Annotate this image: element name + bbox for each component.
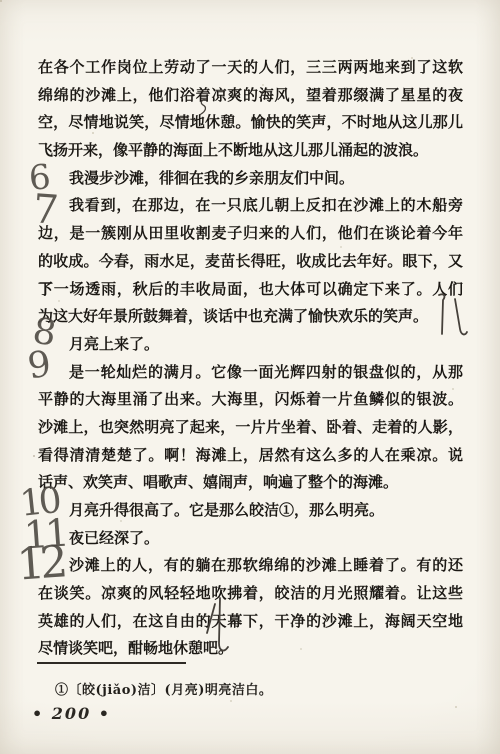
text-line: 了一场透雨，秋后的丰收局面，也大体可以确定下来了。人们 bbox=[38, 276, 463, 304]
text-line: 英雄的人们，在这自由的天幕下，干净的沙滩上，海阔天空地 bbox=[38, 608, 463, 636]
text-line: 绵绵的沙滩上，他们浴着凉爽的海风，望着那缀满了星星的夜 bbox=[38, 82, 463, 110]
text-line: 在各个工作岗位上劳动了一天的人们，三三两两地来到了这软 bbox=[38, 54, 463, 82]
text-line: 看得清清楚楚了。啊！海滩上，居然有这么多的人在乘凉。说 bbox=[38, 442, 463, 470]
text-line: 话声、欢笑声、唱歌声、嬉闹声，响遍了整个的海滩。 bbox=[38, 469, 463, 497]
text-line: 月亮升得很高了。它是那么皎洁①，那么明亮。 bbox=[38, 497, 463, 525]
scanned-page: 在各个工作岗位上劳动了一天的人们，三三两两地来到了这软绵绵的沙滩上，他们浴着凉爽… bbox=[0, 0, 500, 754]
text-line: 在谈笑。凉爽的风轻轻地吹拂着，皎洁的月光照耀着。让这些 bbox=[38, 580, 463, 608]
footnote: ①〔皎(jiǎo)洁〕(月亮)明亮洁白。 bbox=[55, 679, 272, 698]
handwritten-paragraph-number-9: 9 bbox=[26, 347, 54, 386]
text-line: 是一轮灿烂的满月。它像一面光辉四射的银盘似的，从那 bbox=[38, 359, 463, 387]
handwritten-tick-marks-icon bbox=[433, 291, 469, 341]
text-line: 平静的大海里涌了出来。大海里，闪烁着一片鱼鳞似的银波。 bbox=[38, 386, 463, 414]
handwritten-paragraph-number-12: 12 bbox=[16, 540, 65, 587]
text-line: 我漫步沙滩，徘徊在我的乡亲朋友们中间。 bbox=[38, 165, 463, 193]
text-line: 为这大好年景所鼓舞着，谈话中也充满了愉快欢乐的笑声。 bbox=[38, 303, 463, 331]
text-line: 沙滩上，也突然明亮了起来，一片片坐着、卧着、走着的人影， bbox=[38, 414, 463, 442]
text-line: 沙滩上的人，有的躺在那软绵绵的沙滩上睡着了。有的还 bbox=[38, 552, 463, 580]
handwritten-end-mark-icon bbox=[202, 596, 230, 658]
text-line: 我看到，在那边，在一只底儿朝上反扣在沙滩上的木船旁 bbox=[38, 192, 463, 220]
handwritten-squiggle-icon bbox=[198, 98, 210, 116]
text-line: 夜已经深了。 bbox=[38, 525, 463, 553]
text-line: 的收成。今春，雨水足，麦苗长得旺，收成比去年好。眼下，又下 bbox=[38, 248, 463, 276]
handwritten-paragraph-number-7: 7 bbox=[32, 189, 60, 231]
page-number: • 200 • bbox=[32, 704, 111, 723]
text-line: 月亮上来了。 bbox=[38, 331, 463, 359]
paper-specks bbox=[0, 0, 2, 2]
footnote-divider bbox=[37, 662, 186, 664]
text-line: 空，尽情地说笑，尽情地休憩。愉快的笑声，不时地从这儿那儿 bbox=[38, 109, 463, 137]
page-text: 在各个工作岗位上劳动了一天的人们，三三两两地来到了这软绵绵的沙滩上，他们浴着凉爽… bbox=[38, 54, 463, 663]
text-line: 尽情谈笑吧，酣畅地休憩吧。 bbox=[38, 635, 463, 663]
text-line: 边，是一簇刚从田里收割麦子归来的人们，他们在谈论着今年 bbox=[38, 220, 463, 248]
text-line: 飞扬开来，像平静的海面上不断地从这儿那儿涌起的波浪。 bbox=[38, 137, 463, 165]
